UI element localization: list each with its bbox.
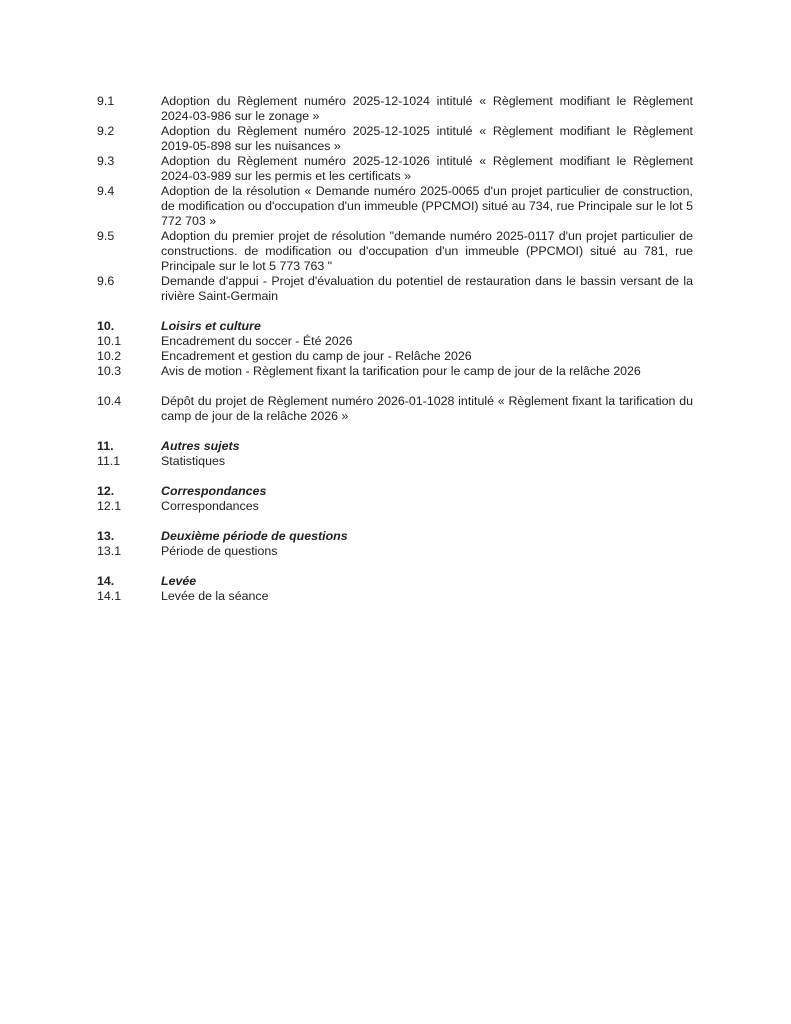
item-text: Dépôt du projet de Règlement numéro 2026…	[161, 394, 693, 424]
item-number: 14.1	[97, 589, 161, 604]
item-text: Encadrement et gestion du camp de jour -…	[161, 349, 693, 364]
item-text: Adoption du Règlement numéro 2025-12-102…	[161, 154, 693, 184]
agenda-item: 9.2Adoption du Règlement numéro 2025-12-…	[97, 124, 693, 154]
section-title: Levée	[161, 574, 693, 589]
item-text: Levée de la séance	[161, 589, 693, 604]
agenda-item: 12.1Correspondances	[97, 499, 693, 514]
section-heading: 13.Deuxième période de questions	[97, 529, 693, 544]
section-number: 12.	[97, 484, 161, 499]
item-number: 10.4	[97, 394, 161, 424]
item-number: 9.1	[97, 94, 161, 124]
agenda-item: 13.1Période de questions	[97, 544, 693, 559]
item-text: Adoption du premier projet de résolution…	[161, 229, 693, 274]
agenda-item: 9.4Adoption de la résolution « Demande n…	[97, 184, 693, 229]
agenda-item: 11.1Statistiques	[97, 454, 693, 469]
item-number: 10.1	[97, 334, 161, 349]
agenda-item: 10.3Avis de motion - Règlement fixant la…	[97, 364, 693, 379]
item-text: Statistiques	[161, 454, 693, 469]
section-number: 14.	[97, 574, 161, 589]
item-text: Avis de motion - Règlement fixant la tar…	[161, 364, 693, 379]
section-title: Loisirs et culture	[161, 319, 693, 334]
item-text: Adoption de la résolution « Demande numé…	[161, 184, 693, 229]
section-heading: 11.Autres sujets	[97, 439, 693, 454]
section-title: Correspondances	[161, 484, 693, 499]
agenda-item: 10.4Dépôt du projet de Règlement numéro …	[97, 394, 693, 424]
section-heading: 14.Levée	[97, 574, 693, 589]
item-text: Période de questions	[161, 544, 693, 559]
agenda-item: 10.1Encadrement du soccer - Été 2026	[97, 334, 693, 349]
item-number: 9.5	[97, 229, 161, 274]
section-number: 11.	[97, 439, 161, 454]
item-number: 13.1	[97, 544, 161, 559]
item-number: 12.1	[97, 499, 161, 514]
agenda-item: 10.2Encadrement et gestion du camp de jo…	[97, 349, 693, 364]
item-number: 10.2	[97, 349, 161, 364]
agenda-item: 14.1Levée de la séance	[97, 589, 693, 604]
agenda-document: 9.1Adoption du Règlement numéro 2025-12-…	[97, 94, 693, 604]
item-text: Adoption du Règlement numéro 2025-12-102…	[161, 124, 693, 154]
item-text: Adoption du Règlement numéro 2025-12-102…	[161, 94, 693, 124]
item-text: Encadrement du soccer - Été 2026	[161, 334, 693, 349]
item-number: 9.2	[97, 124, 161, 154]
section-heading: 12.Correspondances	[97, 484, 693, 499]
agenda-item: 9.6Demande d'appui - Projet d'évaluation…	[97, 274, 693, 304]
agenda-item: 9.5Adoption du premier projet de résolut…	[97, 229, 693, 274]
item-number: 11.1	[97, 454, 161, 469]
section-number: 13.	[97, 529, 161, 544]
item-number: 10.3	[97, 364, 161, 379]
item-text: Demande d'appui - Projet d'évaluation du…	[161, 274, 693, 304]
item-number: 9.4	[97, 184, 161, 229]
agenda-item: 9.1Adoption du Règlement numéro 2025-12-…	[97, 94, 693, 124]
section-title: Deuxième période de questions	[161, 529, 693, 544]
section-title: Autres sujets	[161, 439, 693, 454]
item-number: 9.3	[97, 154, 161, 184]
section-number: 10.	[97, 319, 161, 334]
section-heading: 10.Loisirs et culture	[97, 319, 693, 334]
item-number: 9.6	[97, 274, 161, 304]
agenda-item: 9.3Adoption du Règlement numéro 2025-12-…	[97, 154, 693, 184]
item-text: Correspondances	[161, 499, 693, 514]
